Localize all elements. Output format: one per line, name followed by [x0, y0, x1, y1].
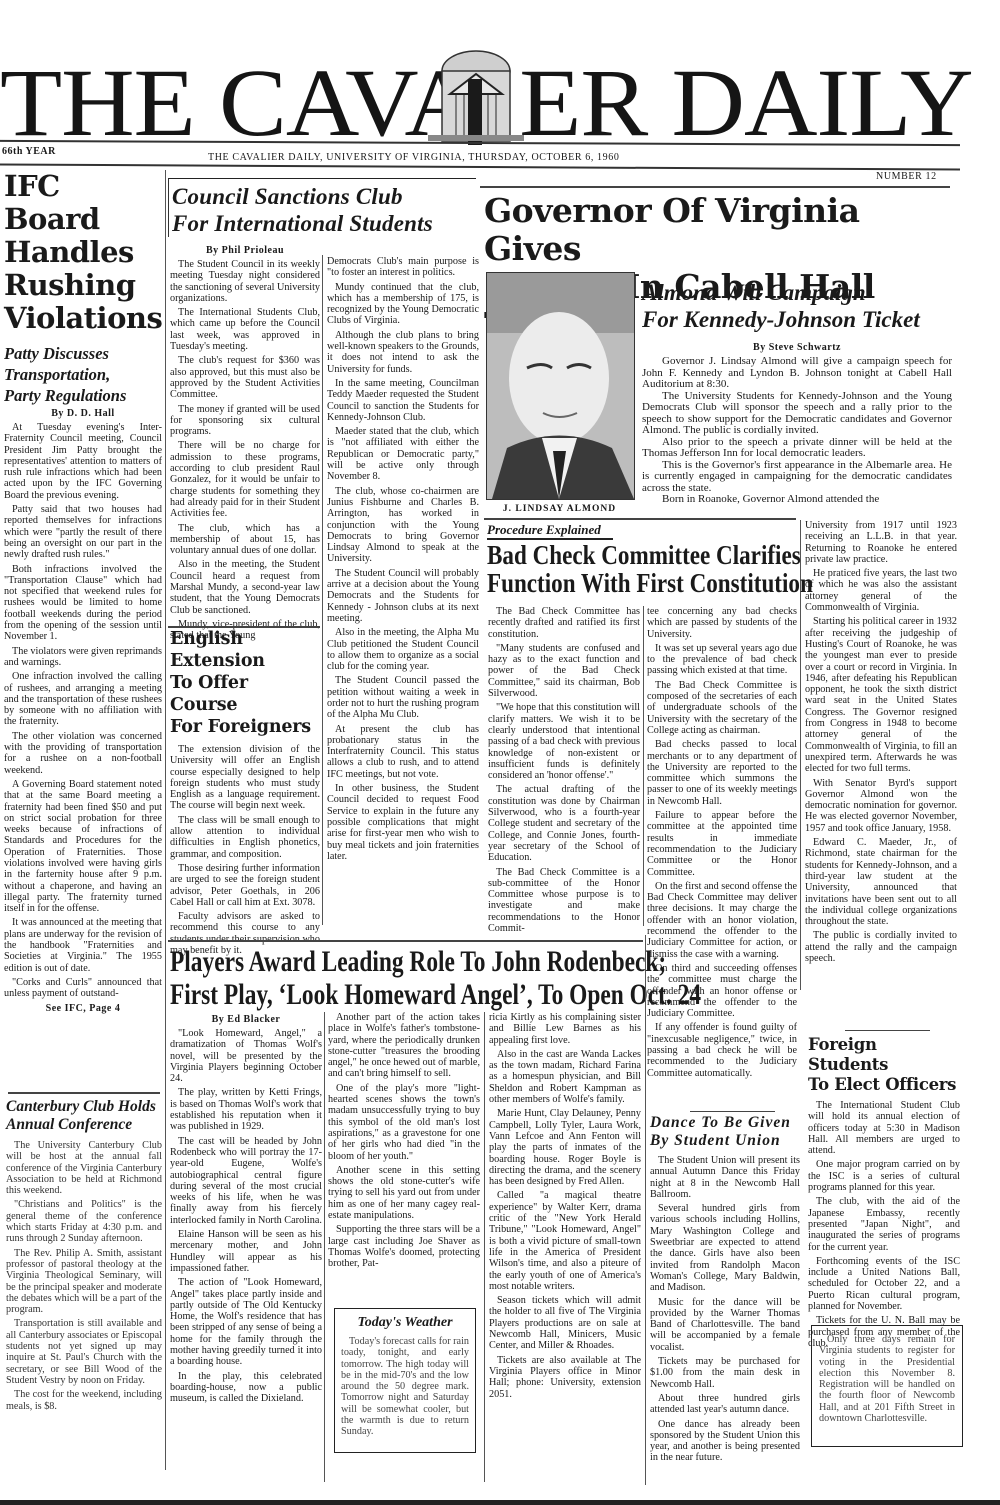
- weather-box: Today's Weather Today's forecast calls f…: [334, 1308, 476, 1453]
- column-rule: [322, 255, 323, 925]
- article-players-col3: ricia Kirtly as his complaining sister a…: [489, 1012, 641, 1403]
- divider: [690, 1111, 775, 1112]
- byline: By Phil Prioleau: [170, 245, 320, 256]
- headline-english: English ExtensionTo Offer CourseFor Fore…: [170, 628, 320, 738]
- headline-canterbury: Canterbury Club HoldsAnnual Conference: [6, 1098, 162, 1134]
- article-body: At Tuesday evening's Inter-Fraternity Co…: [4, 422, 162, 1000]
- divider: [168, 940, 643, 942]
- weather-title: Today's Weather: [335, 1315, 475, 1331]
- issue-number: NUMBER 12: [876, 171, 937, 182]
- article-governor: By Steve Schwartz Governor J. Lindsay Al…: [642, 340, 952, 506]
- byline: By Ed Blacker: [170, 1014, 322, 1025]
- dateline: THE CAVALIER DAILY, UNIVERSITY OF VIRGIN…: [208, 152, 619, 163]
- column-rule: [643, 606, 644, 926]
- volume-year: 66th YEAR: [2, 146, 56, 157]
- article-players-col2: Another part of the action takes place i…: [328, 1012, 480, 1273]
- portrait-photo: [486, 272, 635, 500]
- page-bottom-edge: [0, 1500, 1000, 1505]
- portrait-photo-icon: [487, 273, 634, 499]
- voting-notice-text: Only three days remain for Virginia stud…: [819, 1334, 955, 1424]
- article-dance: Dance To Be GivenBy Student Union The St…: [650, 1114, 800, 1467]
- article-governor-continued: University from 1917 until 1923 receivin…: [805, 520, 957, 967]
- headline-ifc: IFC BoardHandlesRushingViolations: [4, 170, 162, 335]
- article-ifc: IFC BoardHandlesRushingViolations Patty …: [4, 170, 162, 1014]
- column-rule: [324, 1012, 325, 1482]
- headline-players: Players Award Leading Role To John Roden…: [170, 945, 701, 1011]
- rotunda-icon: [428, 49, 524, 149]
- jump-link[interactable]: See IFC, Page 4: [4, 1003, 162, 1014]
- kicker: Procedure Explained: [487, 522, 613, 540]
- weather-text: Today's forecast calls for rain toady, t…: [341, 1336, 469, 1438]
- article-council-col2: Democrats Club's main purpose is "to fos…: [327, 256, 479, 865]
- article-foreign: Foreign StudentsTo Elect Officers The In…: [808, 1035, 960, 1352]
- divider: [8, 1092, 160, 1094]
- subhead-governor: Almond Will CampaignFor Kennedy-Johnson …: [642, 279, 962, 333]
- title-right: ER DAILY: [519, 49, 972, 156]
- column-rule: [645, 935, 646, 1485]
- article-badcheck-col1: The Bad Check Committee has recently dra…: [488, 606, 640, 937]
- headline-badcheck: Bad Check Committee ClarifiesFunction Wi…: [487, 541, 813, 597]
- headline-council: Council Sanctions ClubFor International …: [172, 183, 482, 237]
- divider: [480, 186, 950, 188]
- byline: By D. D. Hall: [4, 408, 162, 419]
- article-council-col1: By Phil Prioleau The Student Council in …: [170, 243, 320, 645]
- headline-dance: Dance To Be GivenBy Student Union: [650, 1114, 800, 1150]
- column-rule: [165, 170, 166, 1470]
- headline-foreign: Foreign StudentsTo Elect Officers: [808, 1035, 960, 1095]
- voting-notice-box: Only three days remain for Virginia stud…: [811, 1325, 963, 1447]
- photo-caption: J. LINDSAY ALMOND: [486, 504, 633, 514]
- divider: [484, 518, 796, 520]
- byline: By Steve Schwartz: [642, 342, 952, 353]
- article-english: English ExtensionTo Offer CourseFor Fore…: [170, 628, 320, 959]
- article-canterbury: Canterbury Club HoldsAnnual Conference T…: [6, 1098, 162, 1415]
- subhead-ifc: Patty DiscussesTransportation,Party Regu…: [4, 343, 162, 406]
- column-rule: [484, 1012, 485, 1482]
- masthead: THE CAVAER DAILY: [0, 55, 960, 150]
- divider: [845, 1030, 930, 1031]
- article-players-col1: By Ed Blacker "Look Homeward, Angel," a …: [170, 1012, 322, 1408]
